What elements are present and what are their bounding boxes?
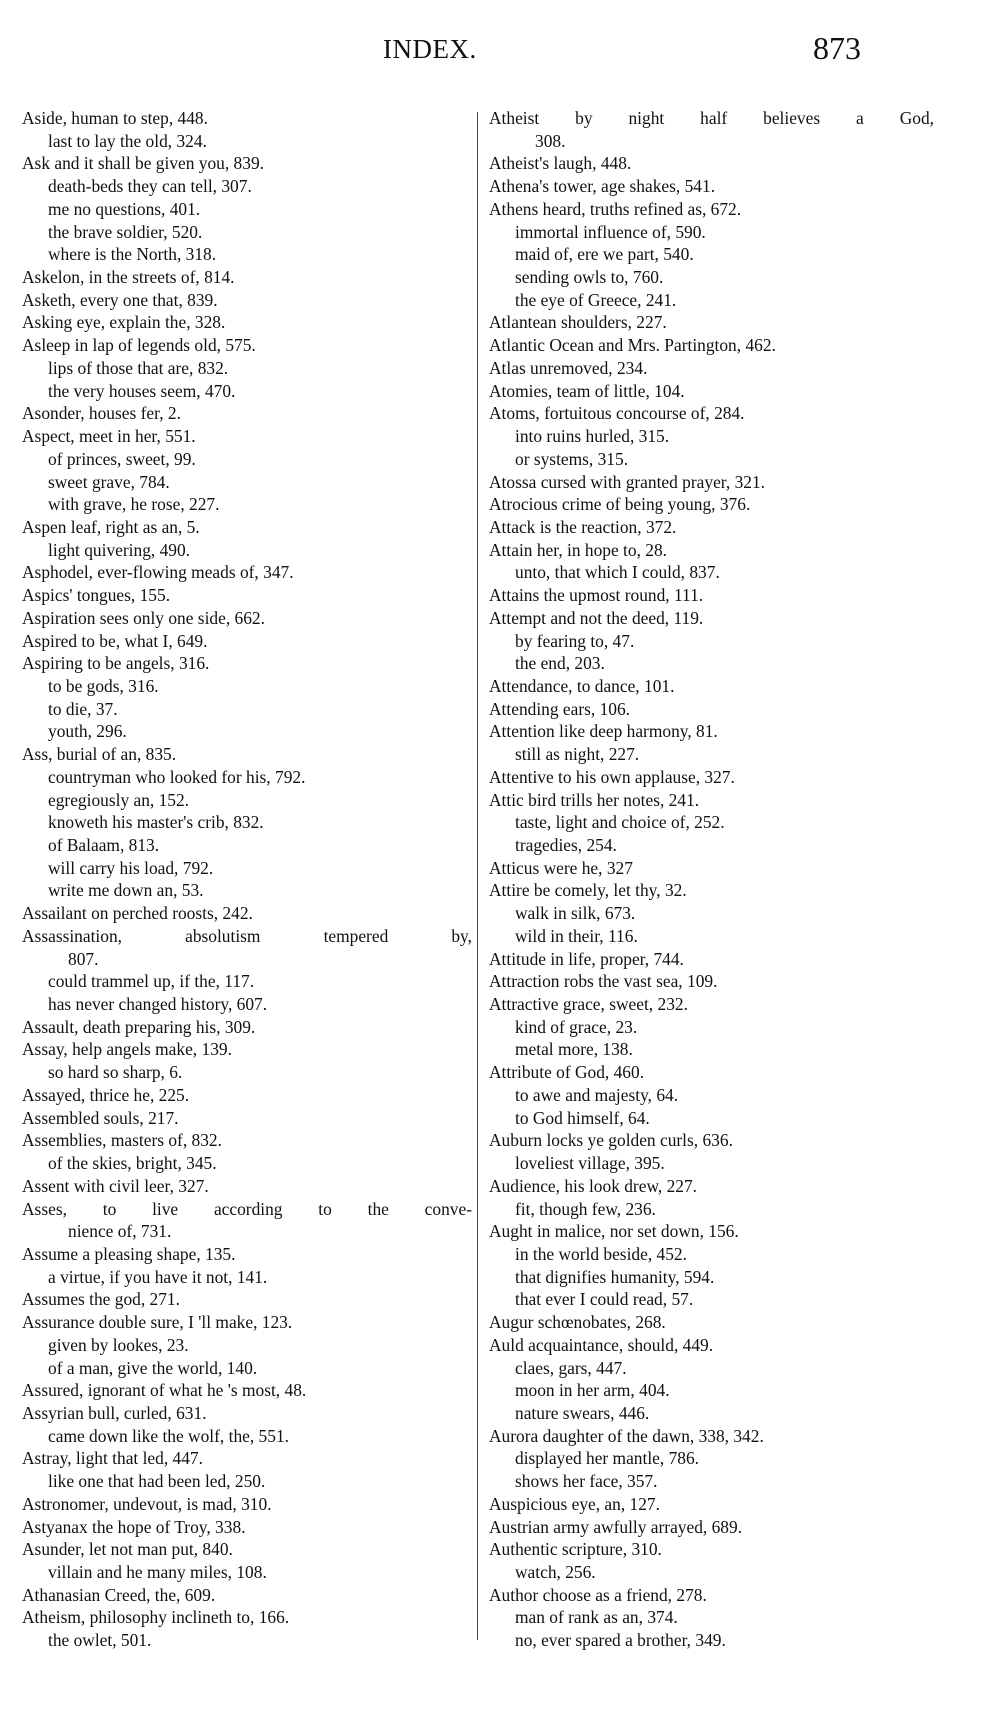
entry-word: believes <box>763 107 820 130</box>
index-entry: Assume a pleasing shape, 135. <box>22 1243 472 1266</box>
index-entry: Atheism, philosophy inclineth to, 166. <box>22 1606 472 1629</box>
entry-word: Assassination, <box>22 925 122 948</box>
column-divider <box>477 112 478 1640</box>
index-entry: Aught in malice, nor set down, 156. <box>489 1220 934 1243</box>
index-entry: Asking eye, explain the, 328. <box>22 311 472 334</box>
index-subentry: the very houses seem, 470. <box>22 380 472 403</box>
index-entry: Assembled souls, 217. <box>22 1107 472 1130</box>
index-subentry: claes, gars, 447. <box>489 1357 934 1380</box>
index-entry: AtheistbynighthalfbelievesaGod, <box>489 107 934 130</box>
index-subentry: last to lay the old, 324. <box>22 130 472 153</box>
index-entry: Attains the upmost round, 111. <box>489 584 934 607</box>
index-subentry: with grave, he rose, 227. <box>22 493 472 516</box>
index-entry: Attitude in life, proper, 744. <box>489 948 934 971</box>
index-entry: Attendance, to dance, 101. <box>489 675 934 698</box>
entry-word: God, <box>900 107 934 130</box>
index-subentry: loveliest village, 395. <box>489 1152 934 1175</box>
index-entry: Auspicious eye, an, 127. <box>489 1493 934 1516</box>
index-subentry: or systems, 315. <box>489 448 934 471</box>
index-subentry: into ruins hurled, 315. <box>489 425 934 448</box>
index-entry: Asleep in lap of legends old, 575. <box>22 334 472 357</box>
index-entry: Authentic scripture, 310. <box>489 1538 934 1561</box>
index-subentry: to be gods, 316. <box>22 675 472 698</box>
index-subentry: write me down an, 53. <box>22 879 472 902</box>
index-entry: Audience, his look drew, 227. <box>489 1175 934 1198</box>
entry-word: Asses, <box>22 1198 67 1221</box>
page-header: INDEX. 873 <box>0 30 1000 70</box>
index-subentry: no, ever spared a brother, 349. <box>489 1629 934 1652</box>
index-subentry: given by lookes, 23. <box>22 1334 472 1357</box>
index-entry: Attention like deep harmony, 81. <box>489 720 934 743</box>
index-entry: Attribute of God, 460. <box>489 1061 934 1084</box>
index-subentry: sending owls to, 760. <box>489 266 934 289</box>
index-subentry: could trammel up, if the, 117. <box>22 970 472 993</box>
index-subentry: the eye of Greece, 241. <box>489 289 934 312</box>
index-entry: Attire be comely, let thy, 32. <box>489 879 934 902</box>
index-subentry: lips of those that are, 832. <box>22 357 472 380</box>
index-entry: Atticus were he, 327 <box>489 857 934 880</box>
index-subentry: moon in her arm, 404. <box>489 1379 934 1402</box>
index-subentry: that dignifies humanity, 594. <box>489 1266 934 1289</box>
index-entry: Aspiring to be angels, 316. <box>22 652 472 675</box>
index-entry: Aurora daughter of the dawn, 338, 342. <box>489 1425 934 1448</box>
index-entry: Attentive to his own applause, 327. <box>489 766 934 789</box>
index-entry: Asses,toliveaccordingtotheconve- <box>22 1198 472 1221</box>
index-entry: Auld acquaintance, should, 449. <box>489 1334 934 1357</box>
index-subentry: man of rank as an, 374. <box>489 1606 934 1629</box>
index-subentry: villain and he many miles, 108. <box>22 1561 472 1584</box>
index-entry: Aspen leaf, right as an, 5. <box>22 516 472 539</box>
index-entry: Asketh, every one that, 839. <box>22 289 472 312</box>
index-column-left: Aside, human to step, 448.last to lay th… <box>22 107 472 1652</box>
entry-word: according <box>214 1198 283 1221</box>
index-subentry: by fearing to, 47. <box>489 630 934 653</box>
index-entry: Attic bird trills her notes, 241. <box>489 789 934 812</box>
index-subentry: metal more, 138. <box>489 1038 934 1061</box>
index-entry: Aside, human to step, 448. <box>22 107 472 130</box>
index-subentry: of princes, sweet, 99. <box>22 448 472 471</box>
entry-word: night <box>628 107 664 130</box>
entry-word: to <box>103 1198 117 1221</box>
index-subentry: kind of grace, 23. <box>489 1016 934 1039</box>
entry-word: to <box>318 1198 332 1221</box>
index-subentry: unto, that which I could, 837. <box>489 561 934 584</box>
index-subentry: has never changed history, 607. <box>22 993 472 1016</box>
entry-word: live <box>152 1198 178 1221</box>
index-subentry: light quivering, 490. <box>22 539 472 562</box>
index-entry: Atlas unremoved, 234. <box>489 357 934 380</box>
index-entry: Asphodel, ever-flowing meads of, 347. <box>22 561 472 584</box>
index-entry: Assailant on perched roosts, 242. <box>22 902 472 925</box>
index-subentry: knoweth his master's crib, 832. <box>22 811 472 834</box>
index-subentry: countryman who looked for his, 792. <box>22 766 472 789</box>
index-entry: Astyanax the hope of Troy, 338. <box>22 1516 472 1539</box>
index-subentry: maid of, ere we part, 540. <box>489 243 934 266</box>
entry-word: conve- <box>425 1198 472 1221</box>
index-subentry: the brave soldier, 520. <box>22 221 472 244</box>
index-entry: Aspics' tongues, 155. <box>22 584 472 607</box>
index-entry: Asunder, let not man put, 840. <box>22 1538 472 1561</box>
index-entry: Aspect, meet in her, 551. <box>22 425 472 448</box>
index-entry: Assent with civil leer, 327. <box>22 1175 472 1198</box>
index-entry: Attempt and not the deed, 119. <box>489 607 934 630</box>
index-entry: Athens heard, truths refined as, 672. <box>489 198 934 221</box>
index-entry: Augur schœnobates, 268. <box>489 1311 934 1334</box>
entry-word: absolutism <box>185 925 260 948</box>
index-entry: Atlantic Ocean and Mrs. Partington, 462. <box>489 334 934 357</box>
index-subentry: tragedies, 254. <box>489 834 934 857</box>
index-subentry: walk in silk, 673. <box>489 902 934 925</box>
index-column-right: AtheistbynighthalfbelievesaGod,308.Athei… <box>489 107 934 1652</box>
index-entry: Asonder, houses fer, 2. <box>22 402 472 425</box>
index-subentry: a virtue, if you have it not, 141. <box>22 1266 472 1289</box>
entry-word: tempered <box>324 925 389 948</box>
index-subentry: displayed her mantle, 786. <box>489 1447 934 1470</box>
entry-word: by, <box>451 925 472 948</box>
index-subentry: shows her face, 357. <box>489 1470 934 1493</box>
index-entry: Aspiration sees only one side, 662. <box>22 607 472 630</box>
index-entry: Astray, light that led, 447. <box>22 1447 472 1470</box>
index-entry: Assured, ignorant of what he 's most, 48… <box>22 1379 472 1402</box>
page-title: INDEX. <box>383 34 477 65</box>
index-subentry: to awe and majesty, 64. <box>489 1084 934 1107</box>
index-subentry: of a man, give the world, 140. <box>22 1357 472 1380</box>
index-subentry: still as night, 227. <box>489 743 934 766</box>
index-subentry: where is the North, 318. <box>22 243 472 266</box>
index-entry: Atrocious crime of being young, 376. <box>489 493 934 516</box>
index-entry: Aspired to be, what I, 649. <box>22 630 472 653</box>
index-entry: Attraction robs the vast sea, 109. <box>489 970 934 993</box>
index-entry: Ass, burial of an, 835. <box>22 743 472 766</box>
index-entry: Author choose as a friend, 278. <box>489 1584 934 1607</box>
index-entry: Ask and it shall be given you, 839. <box>22 152 472 175</box>
index-entry: Astronomer, undevout, is mad, 310. <box>22 1493 472 1516</box>
entry-word: half <box>700 107 727 130</box>
index-entry-continuation: 807. <box>22 948 472 971</box>
page-number: 873 <box>813 30 861 67</box>
entry-word: a <box>856 107 864 130</box>
entry-word: the <box>368 1198 389 1221</box>
index-entry: Assassination,absolutismtemperedby, <box>22 925 472 948</box>
index-entry: Athena's tower, age shakes, 541. <box>489 175 934 198</box>
index-subentry: of Balaam, 813. <box>22 834 472 857</box>
index-entry: Attractive grace, sweet, 232. <box>489 993 934 1016</box>
index-entry: Assayed, thrice he, 225. <box>22 1084 472 1107</box>
index-subentry: that ever I could read, 57. <box>489 1288 934 1311</box>
entry-word: Atheist <box>489 107 539 130</box>
index-subentry: in the world beside, 452. <box>489 1243 934 1266</box>
index-entry: Atlantean shoulders, 227. <box>489 311 934 334</box>
index-entry: Assay, help angels make, 139. <box>22 1038 472 1061</box>
index-entry: Attack is the reaction, 372. <box>489 516 934 539</box>
index-entry: Atheist's laugh, 448. <box>489 152 934 175</box>
index-subentry: to God himself, 64. <box>489 1107 934 1130</box>
index-entry: Athanasian Creed, the, 609. <box>22 1584 472 1607</box>
index-subentry: so hard so sharp, 6. <box>22 1061 472 1084</box>
index-subentry: taste, light and choice of, 252. <box>489 811 934 834</box>
index-subentry: me no questions, 401. <box>22 198 472 221</box>
index-entry: Assemblies, masters of, 832. <box>22 1129 472 1152</box>
index-subentry: nature swears, 446. <box>489 1402 934 1425</box>
index-subentry: death-beds they can tell, 307. <box>22 175 472 198</box>
index-entry: Assyrian bull, curled, 631. <box>22 1402 472 1425</box>
index-entry: Assurance double sure, I 'll make, 123. <box>22 1311 472 1334</box>
index-entry: Austrian army awfully arrayed, 689. <box>489 1516 934 1539</box>
index-subentry: the owlet, 501. <box>22 1629 472 1652</box>
index-entry: Askelon, in the streets of, 814. <box>22 266 472 289</box>
index-entry-continuation: nience of, 731. <box>22 1220 472 1243</box>
index-entry: Atossa cursed with granted prayer, 321. <box>489 471 934 494</box>
index-subentry: the end, 203. <box>489 652 934 675</box>
index-subentry: wild in their, 116. <box>489 925 934 948</box>
index-subentry: to die, 37. <box>22 698 472 721</box>
index-subentry: of the skies, bright, 345. <box>22 1152 472 1175</box>
index-entry: Atoms, fortuitous concourse of, 284. <box>489 402 934 425</box>
index-entry: Attending ears, 106. <box>489 698 934 721</box>
index-subentry: immortal influence of, 590. <box>489 221 934 244</box>
index-entry: Assault, death preparing his, 309. <box>22 1016 472 1039</box>
index-entry: Attain her, in hope to, 28. <box>489 539 934 562</box>
index-subentry: came down like the wolf, the, 551. <box>22 1425 472 1448</box>
index-entry: Assumes the god, 271. <box>22 1288 472 1311</box>
index-subentry: fit, though few, 236. <box>489 1198 934 1221</box>
index-subentry: will carry his load, 792. <box>22 857 472 880</box>
index-entry-continuation: 308. <box>489 130 934 153</box>
index-subentry: youth, 296. <box>22 720 472 743</box>
index-subentry: egregiously an, 152. <box>22 789 472 812</box>
index-entry: Atomies, team of little, 104. <box>489 380 934 403</box>
index-subentry: like one that had been led, 250. <box>22 1470 472 1493</box>
index-subentry: sweet grave, 784. <box>22 471 472 494</box>
index-subentry: watch, 256. <box>489 1561 934 1584</box>
entry-word: by <box>575 107 592 130</box>
index-entry: Auburn locks ye golden curls, 636. <box>489 1129 934 1152</box>
